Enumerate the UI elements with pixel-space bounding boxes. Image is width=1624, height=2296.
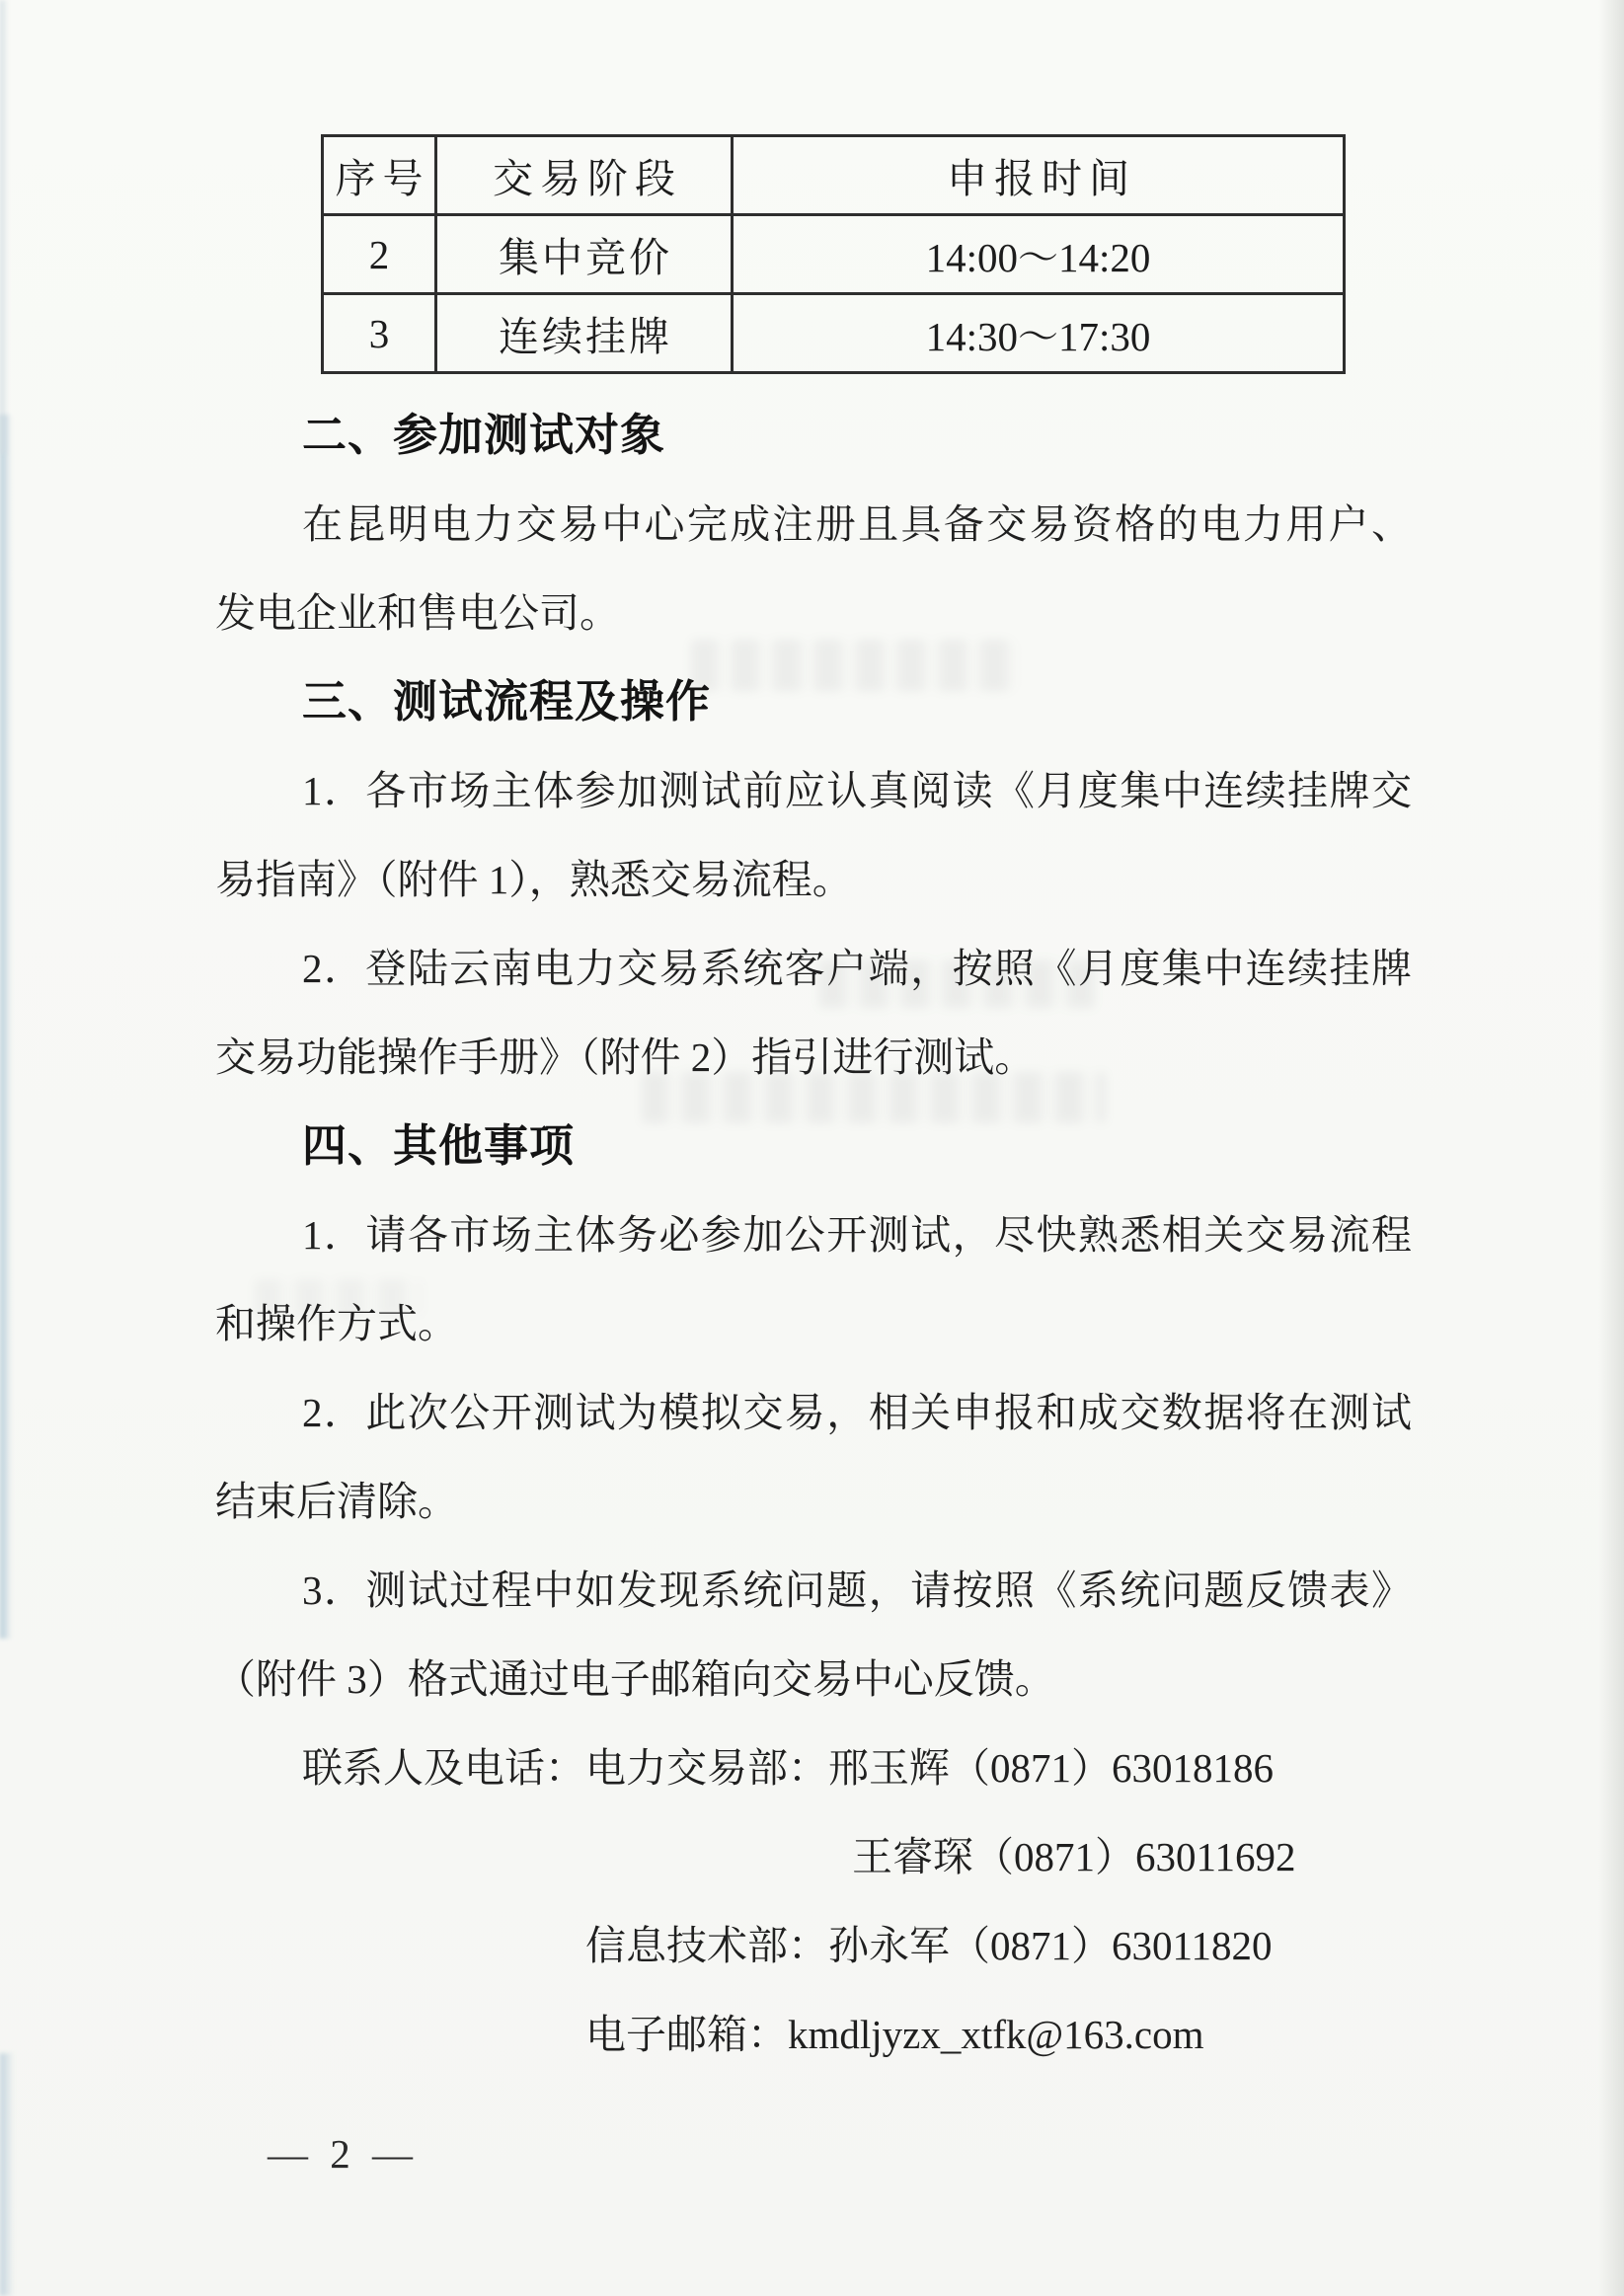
- trading-schedule-table: 序号 交易阶段 申报时间 2 集中竞价 14:00～14:20 3 连续挂牌 1…: [321, 134, 1346, 374]
- text-block: 二、参加测试对象 在昆明电力交易中心完成注册且具备交易资格的电力用户、 发电企业…: [215, 391, 1412, 2079]
- scan-edge-artifact: [0, 415, 12, 1639]
- paragraph-line: 在昆明电力交易中心完成注册且具备交易资格的电力用户、: [215, 480, 1412, 569]
- list-item-line: 和操作方式。: [215, 1279, 1412, 1368]
- list-item-line: 1．请各市场主体务必参加公开测试，尽快熟悉相关交易流程: [215, 1190, 1412, 1279]
- cell-time: 14:30～17:30: [733, 294, 1345, 373]
- list-item-line: 1．各市场主体参加测试前应认真阅读《月度集中连续挂牌交: [215, 746, 1412, 835]
- section-heading-process: 三、测试流程及操作: [215, 657, 1412, 746]
- cell-seq: 3: [323, 294, 436, 373]
- scan-edge-artifact: [0, 2053, 14, 2296]
- table-row: 2 集中竞价 14:00～14:20: [323, 215, 1345, 294]
- paragraph-line: 发电企业和售电公司。: [215, 569, 1412, 657]
- list-item-line: 易指南》（附件 1），熟悉交易流程。: [215, 835, 1412, 924]
- table-row: 3 连续挂牌 14:30～17:30: [323, 294, 1345, 373]
- cell-stage: 连续挂牌: [436, 294, 733, 373]
- cell-seq: 2: [323, 215, 436, 294]
- document-body: 序号 交易阶段 申报时间 2 集中竞价 14:00～14:20 3 连续挂牌 1…: [215, 134, 1412, 2079]
- cell-time: 14:00～14:20: [733, 215, 1345, 294]
- page-number: — 2 —: [268, 2124, 419, 2183]
- contact-line-email: 电子邮箱：kmdljyzx_xtfk@163.com: [215, 1990, 1412, 2079]
- list-item-line: 3．测试过程中如发现系统问题，请按照《系统问题反馈表》: [215, 1546, 1412, 1635]
- scan-edge-artifact: [0, 0, 8, 454]
- section-heading-participants: 二、参加测试对象: [215, 391, 1412, 480]
- table-header-row: 序号 交易阶段 申报时间: [323, 136, 1345, 215]
- section-heading-other: 四、其他事项: [215, 1102, 1412, 1190]
- contact-line-phones: 联系人及电话：电力交易部：邢玉辉（0871）63018186: [215, 1723, 1412, 1812]
- cell-stage: 集中竞价: [436, 215, 733, 294]
- column-header-time: 申报时间: [733, 136, 1345, 215]
- column-header-seq: 序号: [323, 136, 436, 215]
- list-item-line: 结束后清除。: [215, 1457, 1412, 1546]
- list-item-line: 2．登陆云南电力交易系统客户端，按照《月度集中连续挂牌: [215, 924, 1412, 1013]
- list-item-line: （附件 3）格式通过电子邮箱向交易中心反馈。: [215, 1635, 1412, 1723]
- list-item-line: 2．此次公开测试为模拟交易，相关申报和成交数据将在测试: [215, 1368, 1412, 1457]
- scanned-document-page: 序号 交易阶段 申报时间 2 集中竞价 14:00～14:20 3 连续挂牌 1…: [0, 0, 1624, 2296]
- column-header-stage: 交易阶段: [436, 136, 733, 215]
- contact-line-phones: 信息技术部：孙永军（0871）63011820: [215, 1901, 1412, 1990]
- contact-line-phones: 王睿琛（0871）63011692: [215, 1812, 1412, 1901]
- list-item-line: 交易功能操作手册》（附件 2）指引进行测试。: [215, 1013, 1412, 1102]
